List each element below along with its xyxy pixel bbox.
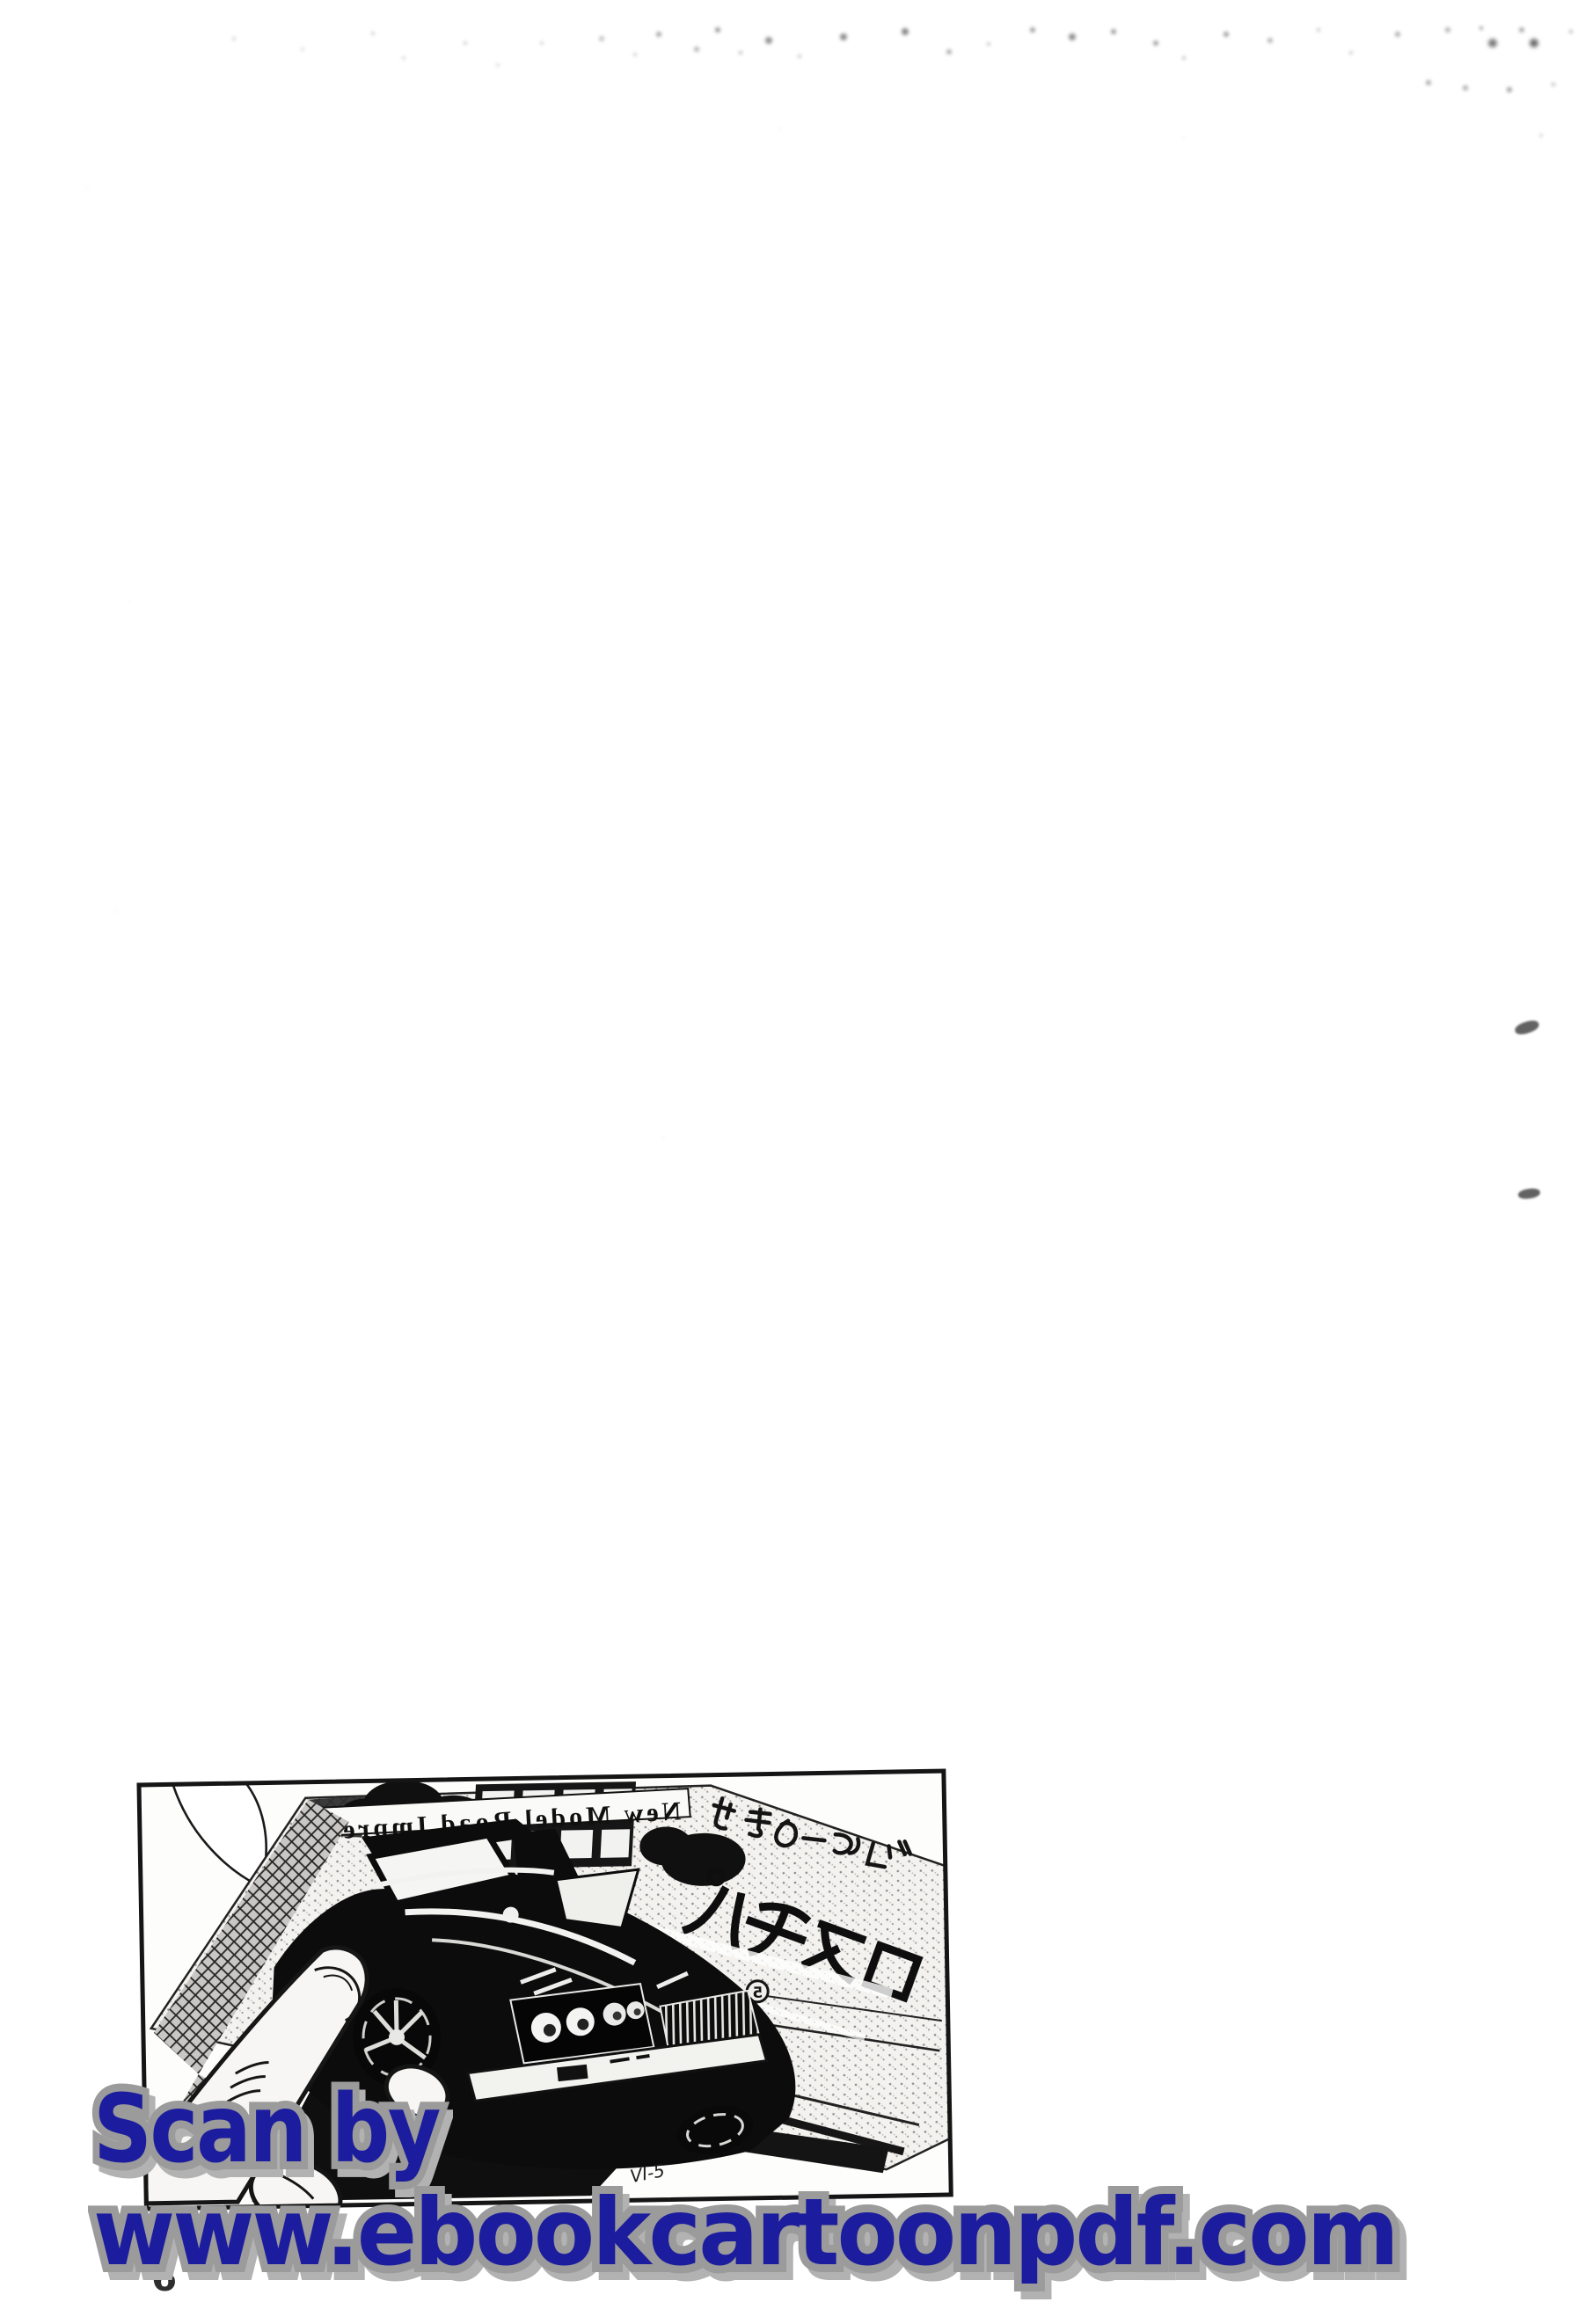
- poster-badge-number: 5: [752, 1985, 763, 2002]
- watermark-url: www.ebookcartoonpdf.com: [93, 2184, 1397, 2281]
- manga-panel-art: New Model Road Impre ビで一のきせ ロスチパ: [0, 0, 1585, 2324]
- watermark-line1-text: Scan by: [93, 2080, 439, 2179]
- scanned-comic-page: New Model Road Impre ビで一のきせ ロスチパ: [0, 0, 1585, 2324]
